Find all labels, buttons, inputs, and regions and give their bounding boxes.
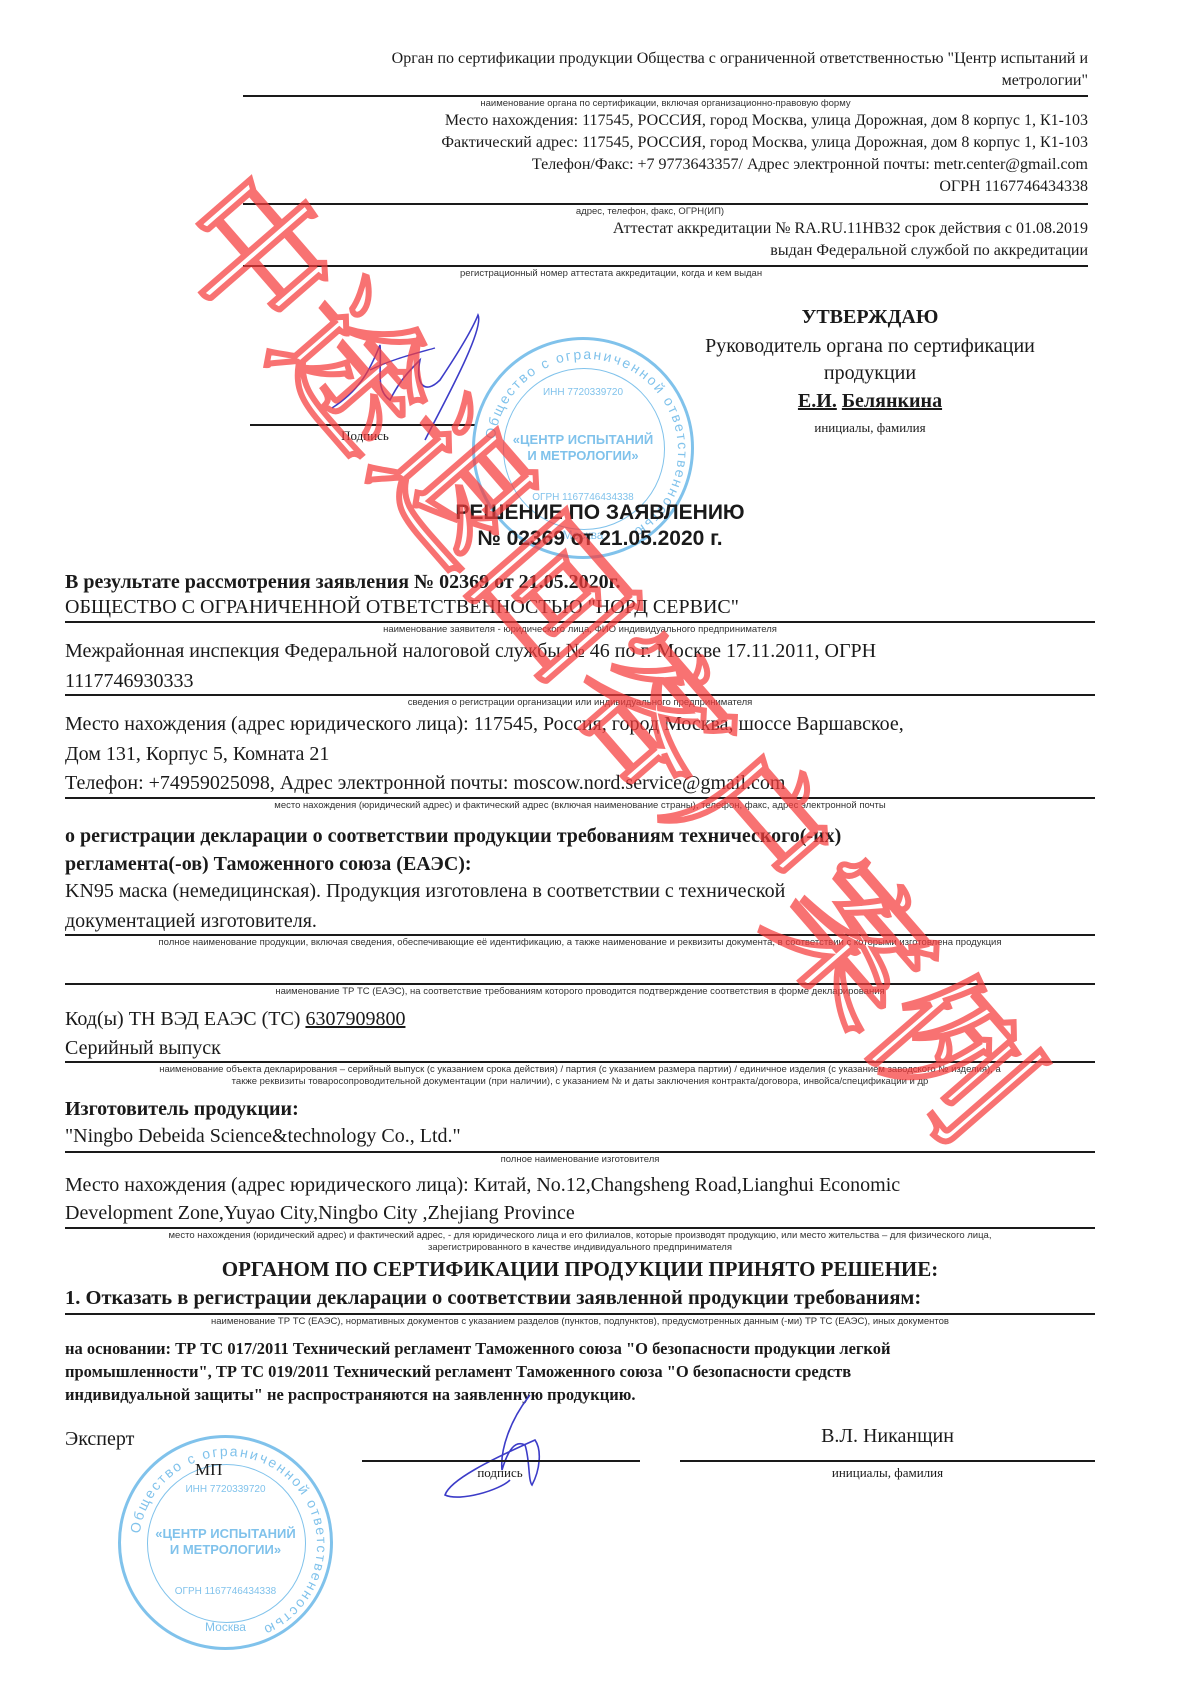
- stamp-ogrn: ОГРН 1167746434338: [121, 1584, 330, 1599]
- applicant-address-line2: Дом 131, Корпус 5, Комната 21: [65, 741, 329, 767]
- applicant-registration-line1: Межрайонная инспекция Федеральной налого…: [65, 638, 876, 664]
- applicant-registration-line2: 1117746930333: [65, 668, 194, 694]
- resolution-heading: ОРГАНОМ ПО СЕРТИФИКАЦИИ ПРОДУКЦИИ ПРИНЯТ…: [65, 1256, 1095, 1282]
- divider: [65, 1061, 1095, 1063]
- subject-line2: регламента(-ов) Таможенного союза (ЕАЭС)…: [65, 851, 472, 877]
- approval-role-line1: Руководитель органа по сертификации: [650, 333, 1090, 359]
- seal-label: МП: [195, 1460, 222, 1480]
- product-line2: документацией изготовителя.: [65, 908, 317, 934]
- applicant-address-line1: Место нахождения (адрес юридического лиц…: [65, 711, 904, 737]
- expert-name-caption: инициалы, фамилия: [680, 1465, 1095, 1481]
- expert-name-line: [680, 1460, 1095, 1462]
- stamp-center-line2: И МЕТРОЛОГИИ»: [475, 448, 691, 463]
- manufacturer-address-line2: Development Zone,Yuyao City,Ningbo City …: [65, 1200, 575, 1226]
- expert-name: В.Л. Никанщин: [680, 1425, 1095, 1448]
- approver-initials: Е.И.: [798, 390, 837, 412]
- manufacturer-address-caption-line2: зарегистрированного в качестве индивидуа…: [65, 1242, 1095, 1254]
- resolution-item1-caption: наименование ТР ТС (ЕАЭС), нормативных д…: [65, 1316, 1095, 1328]
- release-type: Серийный выпуск: [65, 1035, 221, 1061]
- basis-line2: промышленности", ТР ТС 019/2011 Техничес…: [65, 1361, 851, 1383]
- organization-stamp-bottom: Общество с ограниченной ответственностью…: [118, 1435, 333, 1650]
- product-line1: KN95 маска (немедицинская). Продукция из…: [65, 878, 785, 904]
- resolution-item1: 1. Отказать в регистрации декларации о с…: [65, 1285, 921, 1311]
- stamp-inn: ИНН 7720339720: [121, 1482, 330, 1497]
- decision-title: РЕШЕНИЕ ПО ЗАЯВЛЕНИЮ: [300, 500, 900, 526]
- release-caption-line2: также реквизиты товаросопроводительной д…: [65, 1076, 1095, 1088]
- hs-code-row: Код(ы) ТН ВЭД ЕАЭС (ТС) 6307909800: [65, 1006, 405, 1032]
- applicant-name-caption: наименование заявителя - юридического ли…: [65, 624, 1095, 636]
- tr-caption: наименование ТР ТС (ЕАЭС), на соответств…: [65, 986, 1095, 998]
- manufacturer-name-caption: полное наименование изготовителя: [65, 1154, 1095, 1166]
- expert-signature-caption: подпись: [440, 1465, 560, 1481]
- stamp-center-line1: «ЦЕНТР ИСПЫТАНИЙ: [475, 432, 691, 447]
- manufacturer-address-line1: Место нахождения (адрес юридического лиц…: [65, 1172, 900, 1198]
- org-caption: наименование органа по сертификации, вкл…: [243, 98, 1088, 110]
- hs-code-label: Код(ы) ТН ВЭД ЕАЭС (ТС): [65, 1008, 300, 1030]
- review-intro: В результате рассмотрения заявления № 02…: [65, 569, 621, 595]
- basis-line1: на основании: ТР ТС 017/2011 Технический…: [65, 1338, 890, 1360]
- divider: [243, 265, 1088, 267]
- org-actual-address: Фактический адрес: 117545, РОССИЯ, город…: [441, 132, 1088, 154]
- stamp-inn: ИНН 7720339720: [475, 385, 691, 400]
- manufacturer-address-caption-line1: место нахождения (юридический адрес) и ф…: [65, 1230, 1095, 1242]
- attestation-line2: выдан Федеральной службой по аккредитаци…: [770, 240, 1088, 262]
- attestation-line1: Аттестат аккредитации № RA.RU.11НВ32 сро…: [613, 218, 1088, 240]
- applicant-address-caption: место нахождения (юридический адрес) и ф…: [65, 800, 1095, 812]
- product-caption: полное наименование продукции, включая с…: [65, 937, 1095, 949]
- stamp-city: Москва: [121, 1620, 330, 1635]
- signature-line: [250, 424, 475, 426]
- approver-name: Е.И. Белянкина: [700, 388, 1040, 414]
- divider: [65, 1313, 1095, 1315]
- subject-line1: о регистрации декларации о соответствии …: [65, 823, 841, 849]
- expert-signature-line: [362, 1460, 640, 1462]
- release-caption-line1: наименование объекта декларирования – се…: [65, 1064, 1095, 1076]
- applicant-name: ОБЩЕСТВО С ОГРАНИЧЕННОЙ ОТВЕТСТВЕННОСТЬЮ…: [65, 594, 739, 620]
- approver-surname: Белянкина: [842, 390, 942, 412]
- org-location: Место нахождения: 117545, РОССИЯ, город …: [445, 110, 1088, 132]
- stamp-center-line2: И МЕТРОЛОГИИ»: [121, 1542, 330, 1557]
- expert-signature-icon: [430, 1390, 570, 1510]
- manufacturer-name: "Ningbo Debeida Science&technology Co., …: [65, 1123, 461, 1149]
- divider: [65, 983, 1095, 985]
- approval-title: УТВЕРЖДАЮ: [700, 305, 1040, 329]
- divider: [65, 797, 1095, 799]
- divider: [243, 95, 1088, 97]
- manufacturer-heading: Изготовитель продукции:: [65, 1096, 299, 1122]
- approval-role-line2: продукции: [700, 360, 1040, 386]
- divider: [65, 1151, 1095, 1153]
- cert-body-name-line2: метрологии": [1002, 70, 1088, 92]
- divider: [65, 1227, 1095, 1229]
- divider: [65, 934, 1095, 936]
- divider: [65, 621, 1095, 623]
- divider: [65, 694, 1095, 696]
- address-caption: адрес, телефон, факс, ОГРН(ИП): [500, 206, 800, 218]
- org-ogrn: ОГРН 1167746434338: [939, 176, 1088, 198]
- signature-caption: Подпись: [310, 428, 420, 444]
- decision-number: № 02369 от 21.05.2020 г.: [300, 526, 900, 552]
- hs-code-value: 6307909800: [305, 1008, 405, 1030]
- cert-body-name-line1: Орган по сертификации продукции Общества…: [392, 48, 1088, 70]
- registration-caption: сведения о регистрации организации или и…: [65, 697, 1095, 709]
- approver-caption: инициалы, фамилия: [700, 420, 1040, 436]
- divider: [243, 203, 1088, 205]
- attestation-caption: регистрационный номер аттестата аккредит…: [460, 268, 860, 280]
- org-phone-email: Телефон/Факс: +7 9773643357/ Адрес элект…: [532, 154, 1088, 176]
- stamp-center-line1: «ЦЕНТР ИСПЫТАНИЙ: [121, 1526, 330, 1541]
- applicant-contact: Телефон: +74959025098, Адрес электронной…: [65, 770, 785, 796]
